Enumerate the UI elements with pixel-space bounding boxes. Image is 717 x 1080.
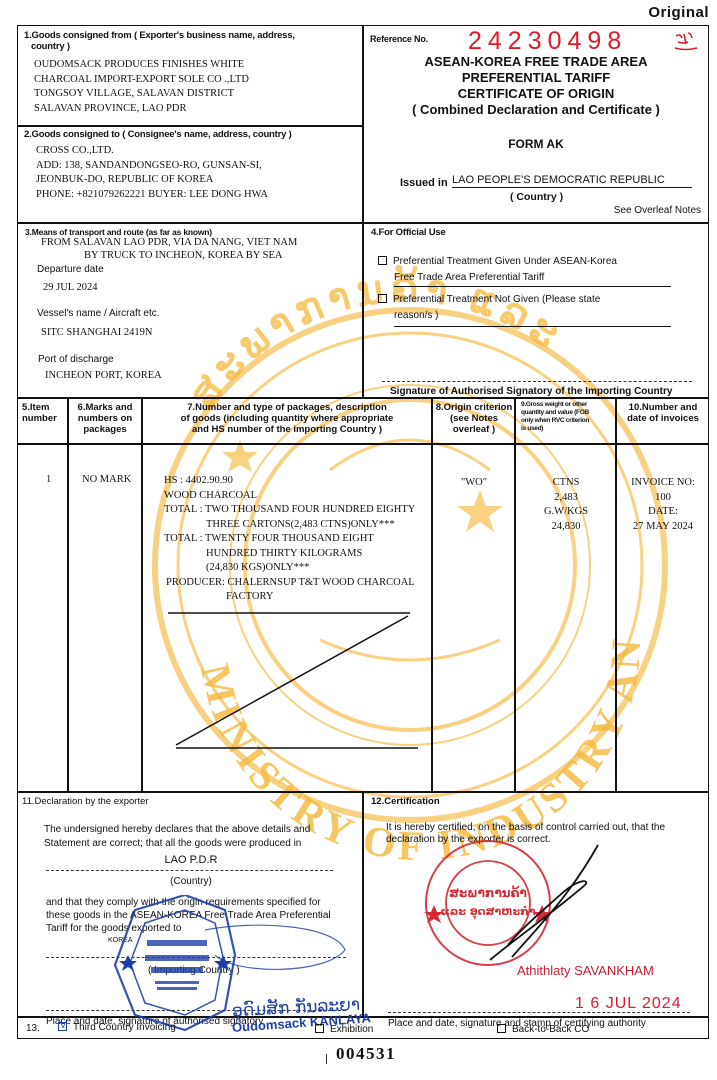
route-line-2: BY TRUCK TO INCHEON, KOREA BY SEA [84,249,282,264]
marks-value: NO MARK [82,473,131,488]
preferential-not-given-label: Preferential Treatment Not Given (Please… [393,294,600,305]
svg-text:ສະພາການຄ້າ: ສະພາການຄ້າ [449,885,527,900]
issued-in-label: Issued in [400,177,448,189]
header-description: 7.Number and type of packages, descripti… [143,402,431,435]
certifying-authority-red-stamp: ສະພາການຄ້າ ແລະ ອຸດສາຫະກຳ [420,835,600,985]
preferential-given-label: Preferential Treatment Given Under ASEAN… [393,256,617,267]
cancellation-z-lines [140,590,440,800]
certified-date: 1 6 JUL 2024 [575,995,682,1013]
reference-number: 24230498 [468,27,627,56]
goods-description: HS : 4402.90.90 WOOD CHARCOAL TOTAL : TW… [164,474,415,605]
issued-country-caption: ( Country ) [510,191,563,203]
declaration-text: The undersigned hereby declares that the… [44,823,310,851]
original-copy-label: Original [648,4,709,21]
invoice-values: INVOICE NO: 100 DATE: 27 MAY 2024 [617,476,709,534]
red-handwritten-mark-icon [672,30,702,56]
produced-in-country: LAO P.D.R [46,854,336,866]
back-to-back-checkbox[interactable] [497,1024,506,1033]
departure-date: 29 JUL 2024 [43,281,97,296]
third-country-invoicing-checkbox[interactable]: V [58,1022,67,1031]
box-2-label: 2.Goods consigned to ( Consignee's name,… [24,129,292,140]
port-label: Port of discharge [38,354,114,365]
port-of-discharge: INCHEON PORT, KOREA [45,369,162,384]
form-name: FORM AK [363,137,709,151]
reference-label: Reference No. [370,34,428,44]
option-third-country-invoicing[interactable]: VThird Country Invoicing [58,1022,176,1033]
issued-in-country: LAO PEOPLE'S DEMOCRATIC REPUBLIC [452,174,692,188]
produced-country-caption: (Country) [46,876,336,887]
preferential-not-given-checkbox[interactable] [378,294,387,303]
serial-number: 004531 [336,1044,396,1064]
vessel-label: Vessel's name / Aircraft etc. [37,308,160,319]
consignee-details: CROSS CO.,LTD. ADD: 138, SANDANDONGSEO-R… [36,144,268,202]
svg-text:ແລະ ອຸດສາຫະກຳ: ແລະ ອຸດສາຫະກຳ [440,905,535,920]
exporter-details: OUDOMSACK PRODUCES FINISHES WHITE CHARCO… [34,58,249,116]
certificate-title: ASEAN-KOREA FREE TRADE AREA PREFERENTIAL… [363,54,709,118]
box-1-label: 1.Goods consigned from ( Exporter's busi… [24,30,295,52]
header-item-number: 5.Itemnumber [22,402,57,424]
header-invoice: 10.Number anddate of invoices [617,402,709,424]
box-12-label: 12.Certification [371,796,440,807]
box-11-label: 11.Declaration by the exporter [22,796,149,807]
header-gross-weight: 9.Gross weight or otherquantity and valu… [521,401,589,433]
item-number: 1 [46,473,51,488]
vessel-name: SITC SHANGHAI 2419N [41,326,152,341]
overleaf-notes: See Overleaf Notes [614,205,701,216]
gross-weight-values: CTNS 2,483 G.W/KGS 24,830 [516,476,616,534]
origin-criterion-value: "WO" [433,476,515,491]
option-back-to-back[interactable]: Back-to-Back CO [497,1024,589,1035]
departure-label: Departure date [37,264,104,275]
preferential-given-checkbox[interactable] [378,256,387,265]
box-4-label: 4.For Official Use [371,227,446,238]
header-marks: 6.Marks andnumbers onpackages [70,402,140,435]
importing-signatory-caption: Signature of Authorised Signatory of the… [390,386,672,397]
exhibition-checkbox[interactable] [315,1024,324,1033]
header-origin-criterion: 8.Origin criterion(see Notesoverleaf ) [433,402,515,435]
option-exhibition[interactable]: Exhibition [315,1024,373,1035]
box-13-number: 13. [26,1023,40,1034]
